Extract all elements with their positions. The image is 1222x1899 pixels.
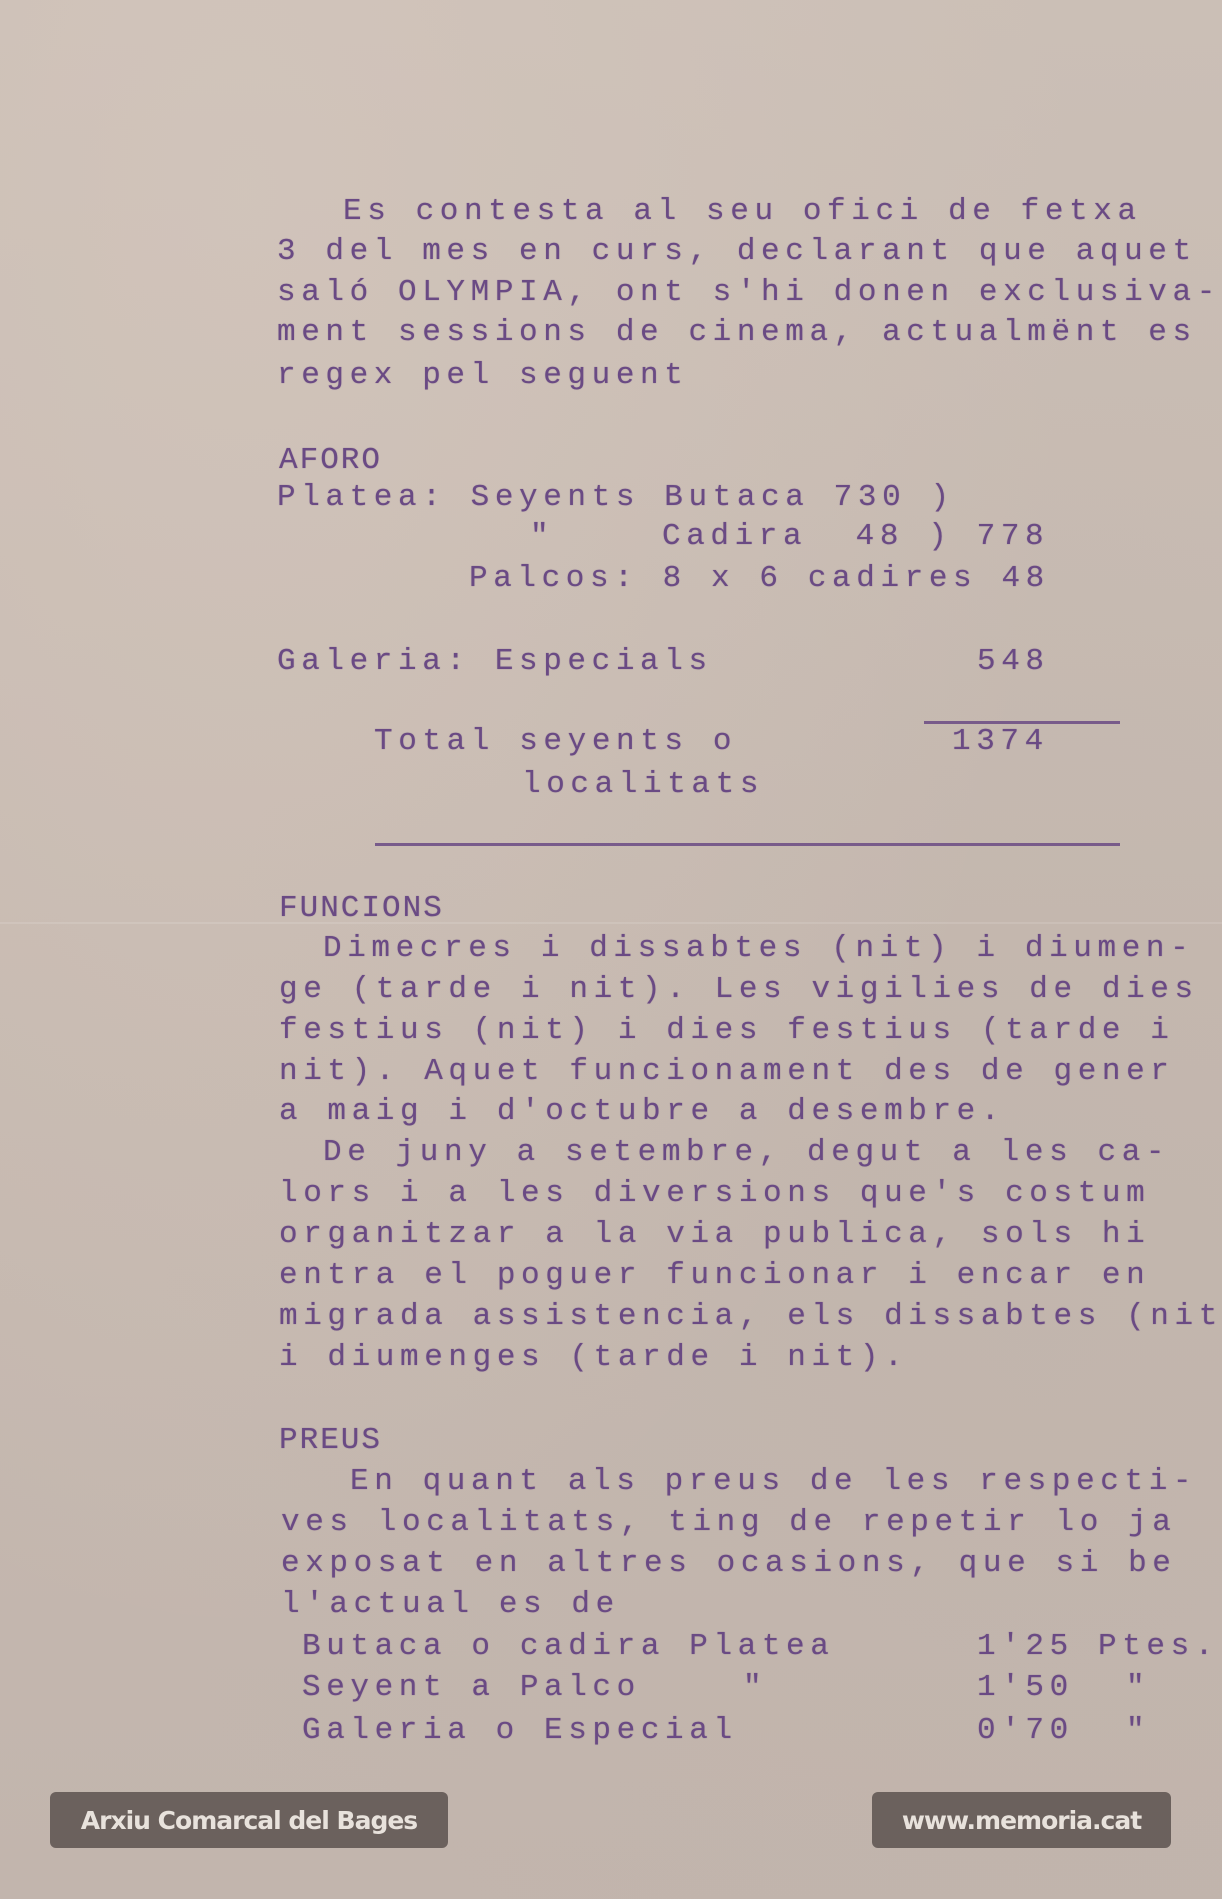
price-item-ditto: " [743, 1672, 767, 1703]
funcions-line-11: i diumenges (tarde i nit). [279, 1342, 908, 1373]
price-item-unit: " [1126, 1715, 1150, 1746]
aforo-palcos-line: Palcos: 8 x 6 cadires 48 [469, 563, 1050, 594]
aforo-galeria-value: 548 [977, 646, 1050, 677]
funcions-line-3: festius (nit) i dies festius (tarde i [279, 1015, 1175, 1046]
funcions-heading: FUNCIONS [279, 893, 444, 924]
price-item-value: 1'50 [977, 1672, 1074, 1703]
intro-line-3: saló OLYMPIA, ont s'hi donen exclusiva- [277, 277, 1221, 308]
website-watermark-badge: www.memoria.cat [872, 1792, 1171, 1848]
preus-heading: PREUS [279, 1425, 382, 1456]
paper-fold-crease [0, 922, 1222, 924]
funcions-line-10: migrada assistencia, els dissabtes (nit [279, 1301, 1222, 1332]
section-divider-rule [375, 843, 1120, 846]
price-item-unit: Ptes. [1098, 1631, 1219, 1662]
price-item-value: 0'70 [977, 1715, 1074, 1746]
price-item-value: 1'25 [977, 1631, 1074, 1662]
aforo-heading: AFORO [279, 445, 382, 476]
funcions-line-4: nit). Aquet funcionament des de gener [279, 1056, 1175, 1087]
funcions-line-6: De juny a setembre, degut a les ca- [323, 1137, 1170, 1168]
preus-line-1: En quant als preus de les respecti- [350, 1466, 1197, 1497]
archive-watermark-badge: Arxiu Comarcal del Bages [50, 1792, 448, 1848]
aforo-platea-line: Platea: Seyents Butaca 730 ) [277, 482, 955, 513]
intro-line-1: Es contesta al seu ofici de fetxa [343, 196, 1142, 227]
price-item-label: Seyent a Palco [302, 1672, 641, 1703]
price-item-label: Butaca o cadira Platea [302, 1631, 834, 1662]
aforo-cadira-line: Cadira 48 ) 778 [662, 521, 1049, 552]
preus-line-2: ves localitats, ting de repetir lo ja [281, 1507, 1177, 1538]
preus-line-4: l'actual es de [281, 1589, 620, 1620]
funcions-line-8: organitzar a la via publica, sols hi [279, 1219, 1150, 1250]
price-item-unit: " [1126, 1672, 1150, 1703]
funcions-line-9: entra el poguer funcionar i encar en [279, 1260, 1150, 1291]
aforo-total-label-1: Total seyents o [374, 726, 737, 757]
aforo-total-value: 1374 [952, 726, 1049, 757]
preus-line-3: exposat en altres ocasions, que si be [281, 1548, 1177, 1579]
aforo-total-label-2: localitats [522, 769, 764, 800]
intro-line-4: ment sessions de cinema, actualmënt es [277, 317, 1197, 348]
funcions-line-2: ge (tarde i nit). Les vigilies de dies [279, 974, 1199, 1005]
aforo-ditto-mark: " [530, 521, 554, 552]
funcions-line-5: a maig i d'octubre a desembre. [279, 1096, 1005, 1127]
funcions-line-1: Dimecres i dissabtes (nit) i diumen- [323, 933, 1194, 964]
intro-line-5: regex pel seguent [277, 360, 688, 391]
funcions-line-7: lors i a les diversions que's costum [279, 1178, 1150, 1209]
intro-line-2: 3 del mes en curs, declarant que aquet [277, 236, 1197, 267]
price-item-label: Galeria o Especial [302, 1715, 738, 1746]
aforo-galeria-label: Galeria: Especials [277, 646, 713, 677]
